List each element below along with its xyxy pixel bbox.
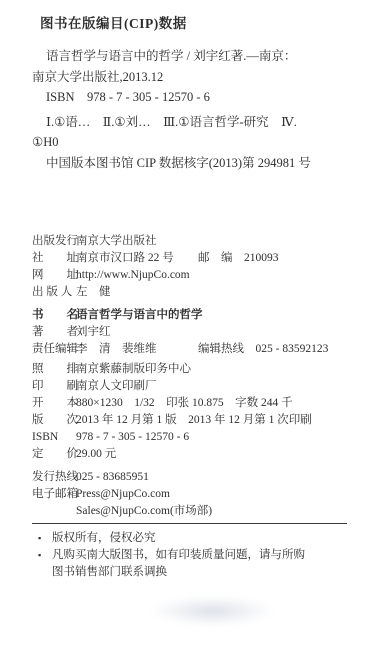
row-value: 左 健: [76, 284, 111, 301]
postal-code: 邮 编 210093: [198, 250, 279, 267]
page-bleed-through: [150, 596, 275, 626]
price-value: 29.00 元: [76, 446, 116, 463]
row-value: 南京人文印刷厂: [76, 378, 157, 395]
cip-class-line-2: ①H0: [32, 132, 347, 153]
row-publisher-person: 出 版 人 左 健: [32, 284, 347, 301]
website-url: http://www.NjupCo.com: [76, 267, 190, 284]
sales-email: Sales@NjupCo.com(市场部): [76, 503, 212, 520]
row-value: 南京大学出版社: [76, 233, 157, 250]
printing-info-block: 照 排 南京紫藤制版印务中心 印 刷 南京人文印刷厂 开 本 880×1230 …: [32, 361, 347, 463]
row-label: 电子邮箱: [32, 486, 76, 503]
hotline-number: 025 - 83685951: [76, 469, 149, 486]
row-publish-distribute: 出版发行 南京大学出版社: [32, 233, 347, 250]
row-value: 880×1230 1/32 印张 10.875 字数 244 千: [76, 395, 293, 412]
author-name: 刘宇红: [76, 324, 111, 341]
book-title: 语言哲学与语言中的哲学: [76, 307, 203, 324]
row-address: 社 址 南京市汉口路 22 号 邮 编 210093: [32, 250, 347, 267]
editor-names: 李 清 裴维维: [76, 341, 157, 358]
row-label: 网 址: [32, 267, 76, 284]
notice-copyright: ▪ 版权所有，侵权必究: [32, 530, 347, 547]
cip-title-line: 语言哲学与语言中的哲学 / 刘宇红著.—南京：: [32, 46, 347, 67]
bullet-icon: ▪: [38, 547, 52, 581]
row-price: 定 价 29.00 元: [32, 446, 347, 463]
isbn-number: 978 - 7 - 305 - 12570 - 6: [76, 429, 189, 446]
contact-info-block: 发行热线 025 - 83685951 电子邮箱 Press@NjupCo.co…: [32, 469, 347, 520]
notice-text: 凡购买南大版图书，如有印装质量问题，请与所购图书销售部门联系调换: [52, 547, 314, 581]
press-email: Press@NjupCo.com: [76, 486, 170, 503]
row-label: 印 刷: [32, 378, 76, 395]
row-label: 责任编辑: [32, 341, 76, 358]
cip-class-line-1: Ⅰ.①语… Ⅱ.①刘… Ⅲ.①语言哲学-研究 Ⅳ.: [32, 112, 347, 133]
book-copyright-page: 图书在版编目(CIP)数据 语言哲学与语言中的哲学 / 刘宇红著.—南京： 南京…: [0, 0, 375, 648]
cip-classification: Ⅰ.①语… Ⅱ.①刘… Ⅲ.①语言哲学-研究 Ⅳ. ①H0 中国版本图书馆 CI…: [32, 112, 347, 174]
row-editors: 责任编辑 李 清 裴维维 编辑热线 025 - 83592123: [32, 341, 347, 358]
cip-isbn-line: ISBN 978 - 7 - 305 - 12570 - 6: [32, 87, 347, 108]
row-website: 网 址 http://www.NjupCo.com: [32, 267, 347, 284]
publisher-info-block: 出版发行 南京大学出版社 社 址 南京市汉口路 22 号 邮 编 210093 …: [32, 233, 347, 301]
row-label: 照 排: [32, 361, 76, 378]
row-value: 2013 年 12 月第 1 版 2013 年 12 月第 1 次印刷: [76, 412, 312, 429]
row-label: 著 者: [32, 324, 76, 341]
row-email-press: 电子邮箱 Press@NjupCo.com: [32, 486, 347, 503]
row-sales-hotline: 发行热线 025 - 83685951: [32, 469, 347, 486]
row-edition: 版 次 2013 年 12 月第 1 版 2013 年 12 月第 1 次印刷: [32, 412, 347, 429]
legal-notices: ▪ 版权所有，侵权必究 ▪ 凡购买南大版图书，如有印装质量问题，请与所购图书销售…: [32, 530, 347, 581]
cip-header: 图书在版编目(CIP)数据: [40, 14, 347, 34]
page-content: 图书在版编目(CIP)数据 语言哲学与语言中的哲学 / 刘宇红著.—南京： 南京…: [0, 0, 375, 581]
row-email-sales: Sales@NjupCo.com(市场部): [32, 503, 347, 520]
cip-record: 语言哲学与语言中的哲学 / 刘宇红著.—南京： 南京大学出版社,2013.12 …: [32, 46, 347, 108]
notice-text: 版权所有，侵权必究: [52, 530, 314, 547]
row-isbn: ISBN 978 - 7 - 305 - 12570 - 6: [32, 429, 347, 446]
row-printer: 印 刷 南京人文印刷厂: [32, 378, 347, 395]
row-value: 南京紫藤制版印务中心: [76, 361, 191, 378]
bullet-icon: ▪: [38, 530, 52, 547]
row-value: 南京市汉口路 22 号: [76, 250, 174, 267]
row-format: 开 本 880×1230 1/32 印张 10.875 字数 244 千: [32, 395, 347, 412]
row-label: 书 名: [32, 307, 76, 324]
editor-hotline: 编辑热线 025 - 83592123: [198, 341, 328, 358]
row-book-title: 书 名 语言哲学与语言中的哲学: [32, 307, 347, 324]
book-info-block: 书 名 语言哲学与语言中的哲学 著 者 刘宇红 责任编辑 李 清 裴维维 编辑热…: [32, 307, 347, 358]
cip-publisher-line: 南京大学出版社,2013.12: [32, 67, 347, 88]
row-author: 著 者 刘宇红: [32, 324, 347, 341]
row-label: 定 价: [32, 446, 76, 463]
row-label: 开 本: [32, 395, 76, 412]
cip-registry-line: 中国版本图书馆 CIP 数据核字(2013)第 294981 号: [32, 153, 347, 174]
row-label: [32, 503, 76, 520]
row-label: 出版发行: [32, 233, 76, 250]
notice-quality: ▪ 凡购买南大版图书，如有印装质量问题，请与所购图书销售部门联系调换: [32, 547, 347, 581]
row-label: 版 次: [32, 412, 76, 429]
separator-line: [32, 523, 347, 524]
row-label: ISBN: [32, 429, 76, 446]
row-typesetting: 照 排 南京紫藤制版印务中心: [32, 361, 347, 378]
row-label: 发行热线: [32, 469, 76, 486]
row-label: 出 版 人: [32, 284, 76, 301]
row-label: 社 址: [32, 250, 76, 267]
